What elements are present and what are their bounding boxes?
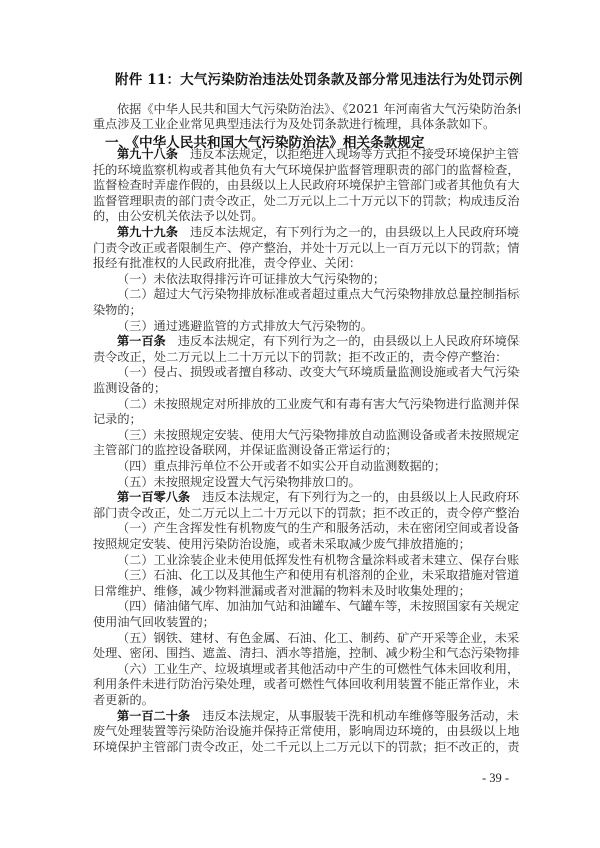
page-number: - 39 -: [482, 771, 509, 786]
article-text: 违反本法规定，有下列行为之一的，由县级以上人民政府环境保护主管部门: [178, 334, 520, 348]
article-100-line-2: 责令改正，处二万元以上二十万元以下的罚款；拒不改正的，责令停产整治：: [93, 350, 520, 366]
article-108-item-2: （二）工业涂装企业未使用低挥发性有机物含量涂料或者未建立、保存台账的；: [117, 553, 520, 569]
article-100-item-3-cont: 主管部门的监控设备联网，并保证监测设备正常运行的；: [93, 443, 520, 459]
article-108-item-4: （四）储油储气库、加油加气站和油罐车、气罐车等，未按照国家有关规定安装并正常: [117, 599, 520, 615]
article-label: 第一百二十条: [117, 709, 190, 723]
article-108-item-3: （三）石油、化工以及其他生产和使用有机溶剂的企业，未采取措施对管道、设备进行: [117, 568, 520, 584]
article-98-line-5: 的，由公安机关依法予以处罚。: [93, 209, 520, 225]
article-108-item-5: （五）钢铁、建材、有色金属、石油、化工、制药、矿产开采等企业，未采取集中收集: [117, 631, 520, 647]
article-98-line-2: 托的环境监察机构或者其他负有大气环境保护监督管理职责的部门的监督检查，或者在接受: [93, 163, 520, 179]
article-100-line-1: 第一百条违反本法规定，有下列行为之一的，由县级以上人民政府环境保护主管部门: [117, 334, 520, 350]
article-99-item-1: （一）未依法取得排污许可证排放大气污染物的；: [117, 272, 520, 288]
article-100-item-1: （一）侵占、损毁或者擅自移动、改变大气环境质量监测设施或者大气污染物排放自动: [117, 365, 520, 381]
article-108-item-1: （一）产生含挥发性有机物废气的生产和服务活动，未在密闭空间或者设备中进行，未: [117, 521, 520, 537]
article-text: 违反本法规定，从事服装干洗和机动车维修等服务活动，未设置异味和: [202, 709, 520, 723]
article-108-line-1: 第一百零八条违反本法规定，有下列行为之一的，由县级以上人民政府环境保护主管: [117, 490, 520, 506]
article-label: 第一百零八条: [117, 490, 190, 504]
article-98-line-3: 监督检查时弄虚作假的，由县级以上人民政府环境保护主管部门或者其他负有大气环境保护: [93, 178, 520, 194]
document-page: 附件 11：大气污染防治违法处罚条款及部分常见违法行为处罚示例 依据《中华人民共…: [0, 0, 600, 848]
article-120-line-3: 环境保护主管部门责令改正，处二千元以上二万元以下的罚款；拒不改正的，责令停业整治…: [93, 740, 520, 756]
article-100-item-4: （四）重点排污单位不公开或者不如实公开自动监测数据的；: [117, 459, 520, 475]
article-100-item-2: （二）未按照规定对所排放的工业废气和有毒有害大气污染物进行监测并保存原始监测: [117, 397, 520, 413]
article-98-line-4: 监督管理职责的部门责令改正，处二万元以上二十万元以下的罚款；构成违反治安管理行为: [93, 194, 520, 210]
article-108-line-2: 部门责令改正，处二万元以上二十万元以下的罚款；拒不改正的，责令停产整治：: [93, 506, 520, 522]
article-99-item-2-cont: 染物的；: [93, 303, 520, 319]
article-label: 第一百条: [117, 334, 166, 348]
article-99-line-2: 门责令改正或者限制生产、停产整治，并处十万元以上一百万元以下的罚款；情节严重的，: [93, 241, 520, 257]
article-100-item-3: （三）未按照规定安装、使用大气污染物排放自动监测设备或者未按照规定与环境保护: [117, 428, 520, 444]
article-label: 第九十九条: [117, 225, 178, 239]
document-title: 附件 11：大气污染防治违法处罚条款及部分常见违法行为处罚示例: [115, 68, 535, 88]
article-99-item-2: （二）超过大气污染物排放标准或者超过重点大气污染物排放总量控制指标排放大气污: [117, 287, 520, 303]
article-100-item-2-cont: 记录的；: [93, 412, 520, 428]
article-98-line-1: 第九十八条违反本法规定，以拒绝进入现场等方式拒不接受环境保护主管部门及其委: [117, 147, 520, 163]
article-100-item-5: （五）未按照规定设置大气污染物排放口的。: [117, 475, 520, 491]
article-label: 第九十八条: [117, 147, 178, 161]
article-99-item-3: （三）通过逃避监管的方式排放大气污染物的。: [117, 319, 520, 335]
article-108-item-5-cont: 处理、密闭、围挡、遮盖、清扫、洒水等措施，控制、减少粉尘和气态污染物排放的；: [93, 646, 520, 662]
article-108-item-6-cont-2: 者更新的。: [93, 693, 520, 709]
article-108-item-4-cont: 使用油气回收装置的；: [93, 615, 520, 631]
article-108-item-6-cont-1: 利用条件未进行防治污染处理，或者可燃性气体回收利用装置不能正常作业，未及时修复或: [93, 677, 520, 693]
article-108-item-1-cont: 按照规定安装、使用污染防治设施，或者未采取减少废气排放措施的；: [93, 537, 520, 553]
article-99-line-1: 第九十九条违反本法规定，有下列行为之一的，由县级以上人民政府环境保护主管部: [117, 225, 520, 241]
article-120-line-1: 第一百二十条违反本法规定，从事服装干洗和机动车维修等服务活动，未设置异味和: [117, 709, 520, 725]
article-text: 违反本法规定，以拒绝进入现场等方式拒不接受环境保护主管部门及其委: [190, 147, 520, 161]
article-text: 违反本法规定，有下列行为之一的，由县级以上人民政府环境保护主管部: [190, 225, 520, 239]
intro-line-1: 依据《中华人民共和国大气污染防治法》、《2021 年河南省大气污染防治条例》等文…: [117, 102, 520, 118]
article-108-item-6: （六）工业生产、垃圾填埋或者其他活动中产生的可燃性气体未回收利用，不具备回收: [117, 662, 520, 678]
article-108-item-3-cont: 日常维护、维修，减少物料泄漏或者对泄漏的物料未及时收集处理的；: [93, 584, 520, 600]
article-120-line-2: 废气处理装置等污染防治设施并保持正常使用，影响周边环境的，由县级以上地方人民政府: [93, 724, 520, 740]
article-99-line-3: 报经有批准权的人民政府批准，责令停业、关闭：: [93, 256, 520, 272]
article-100-item-1-cont: 监测设备的；: [93, 381, 520, 397]
article-text: 违反本法规定，有下列行为之一的，由县级以上人民政府环境保护主管: [202, 490, 520, 504]
